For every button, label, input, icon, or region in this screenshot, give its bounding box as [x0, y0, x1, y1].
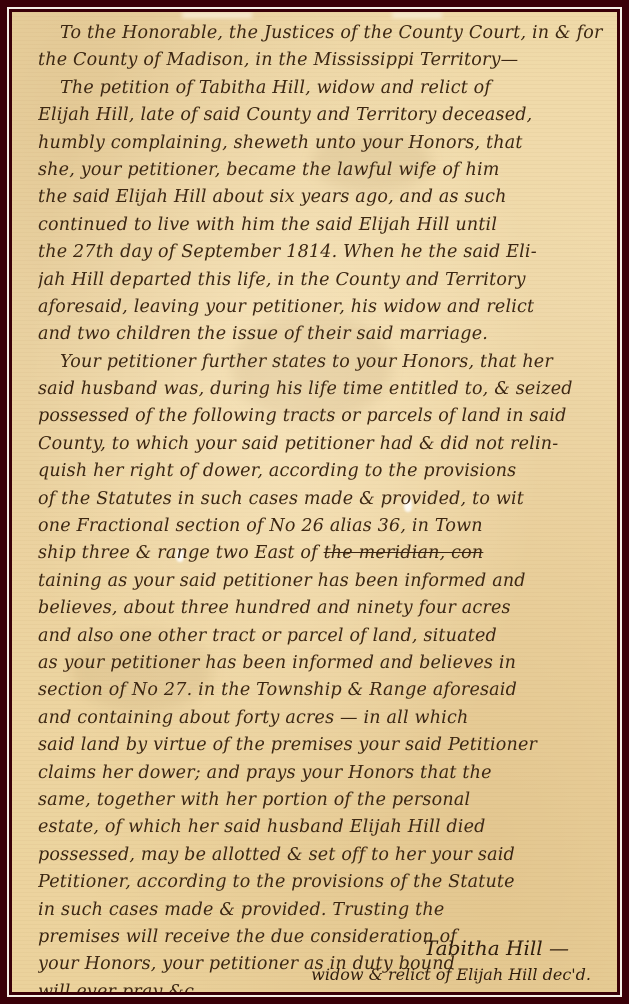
- handwritten-line: the 27th day of September 1814. When he …: [38, 239, 609, 266]
- handwritten-line: and two children the issue of their said…: [38, 321, 609, 348]
- paper-tear: [182, 12, 252, 18]
- signature-name: Tabitha Hill —: [311, 934, 591, 962]
- signature-block: Tabitha Hill — widow & relict of Elijah …: [311, 934, 591, 988]
- line-text: jah Hill departed this life, in the Coun…: [38, 270, 526, 290]
- line-text: and also one other tract or parcel of la…: [38, 626, 497, 646]
- signature-title: widow & relict of Elijah Hill dec'd.: [311, 962, 591, 988]
- line-text: ship three & range two East of: [38, 543, 318, 563]
- line-text: and containing about forty acres — in al…: [38, 708, 468, 728]
- line-text: possessed of the following tracts or par…: [38, 406, 567, 426]
- handwritten-line: estate, of which her said husband Elijah…: [38, 814, 609, 841]
- line-text: the County of Madison, in the Mississipp…: [38, 50, 518, 70]
- line-text: Your petitioner further states to your H…: [60, 352, 553, 372]
- line-text: the 27th day of September 1814. When he …: [38, 242, 537, 262]
- line-text: County, to which your said petitioner ha…: [38, 434, 558, 454]
- line-text: same, together with her portion of the p…: [38, 790, 470, 810]
- handwritten-line: in such cases made & provided. Trusting …: [38, 897, 609, 924]
- line-text: claims her dower; and prays your Honors …: [38, 763, 492, 783]
- line-text: said husband was, during his life time e…: [38, 379, 573, 399]
- handwritten-line: taining as your said petitioner has been…: [38, 568, 609, 595]
- line-text: section of No 27. in the Township & Rang…: [38, 680, 517, 700]
- handwritten-line: and containing about forty acres — in al…: [38, 705, 609, 732]
- handwritten-line: one Fractional section of No 26 alias 36…: [38, 513, 609, 540]
- handwritten-line: possessed of the following tracts or par…: [38, 403, 609, 430]
- handwritten-line: claims her dower; and prays your Honors …: [38, 760, 609, 787]
- handwritten-line: Petitioner, according to the provisions …: [38, 869, 609, 896]
- line-text: To the Honorable, the Justices of the Co…: [60, 23, 603, 43]
- handwritten-line: humbly complaining, sheweth unto your Ho…: [38, 130, 609, 157]
- line-text: continued to live with him the said Elij…: [38, 215, 497, 235]
- line-text: as your petitioner has been informed and…: [38, 653, 516, 673]
- handwritten-line: County, to which your said petitioner ha…: [38, 431, 609, 458]
- line-text: The petition of Tabitha Hill, widow and …: [60, 78, 491, 98]
- handwritten-line: same, together with her portion of the p…: [38, 787, 609, 814]
- handwritten-line: the County of Madison, in the Mississipp…: [38, 47, 609, 74]
- handwritten-line: To the Honorable, the Justices of the Co…: [38, 20, 609, 47]
- handwritten-line: she, your petitioner, became the lawful …: [38, 157, 609, 184]
- handwritten-line: Elijah Hill, late of said County and Ter…: [38, 102, 609, 129]
- handwritten-line: said land by virtue of the premises your…: [38, 732, 609, 759]
- handwritten-line: Your petitioner further states to your H…: [38, 349, 609, 376]
- line-text: estate, of which her said husband Elijah…: [38, 817, 486, 837]
- handwritten-line: aforesaid, leaving your petitioner, his …: [38, 294, 609, 321]
- line-text: taining as your said petitioner has been…: [38, 571, 526, 591]
- handwritten-line: possessed, may be allotted & set off to …: [38, 842, 609, 869]
- document-frame: To the Honorable, the Justices of the Co…: [7, 7, 622, 997]
- line-text: humbly complaining, sheweth unto your Ho…: [38, 133, 523, 153]
- handwritten-line: continued to live with him the said Elij…: [38, 212, 609, 239]
- handwritten-line: and also one other tract or parcel of la…: [38, 623, 609, 650]
- line-text: Elijah Hill, late of said County and Ter…: [38, 105, 532, 125]
- line-text: the said Elijah Hill about six years ago…: [38, 187, 507, 207]
- line-text: one Fractional section of No 26 alias 36…: [38, 516, 483, 536]
- handwritten-line: as your petitioner has been informed and…: [38, 650, 609, 677]
- struck-through-text: the meridian, con: [324, 543, 484, 563]
- petition-body: To the Honorable, the Justices of the Co…: [38, 20, 609, 992]
- handwritten-line: ship three & range two East of the merid…: [38, 540, 609, 567]
- line-text: of the Statutes in such cases made & pro…: [38, 489, 524, 509]
- paper-sheet: To the Honorable, the Justices of the Co…: [12, 12, 617, 992]
- handwritten-line: section of No 27. in the Township & Rang…: [38, 677, 609, 704]
- line-text: quish her right of dower, according to t…: [38, 461, 516, 481]
- line-text: believes, about three hundred and ninety…: [38, 598, 511, 618]
- paper-tear: [392, 12, 442, 18]
- line-text: in such cases made & provided. Trusting …: [38, 900, 444, 920]
- handwritten-line: jah Hill departed this life, in the Coun…: [38, 267, 609, 294]
- line-text: possessed, may be allotted & set off to …: [38, 845, 515, 865]
- line-text: said land by virtue of the premises your…: [38, 735, 537, 755]
- line-text: and two children the issue of their said…: [38, 324, 488, 344]
- handwritten-line: believes, about three hundred and ninety…: [38, 595, 609, 622]
- handwritten-line: said husband was, during his life time e…: [38, 376, 609, 403]
- handwritten-line: quish her right of dower, according to t…: [38, 458, 609, 485]
- line-text: she, your petitioner, became the lawful …: [38, 160, 500, 180]
- handwritten-line: of the Statutes in such cases made & pro…: [38, 486, 609, 513]
- line-text: Petitioner, according to the provisions …: [38, 872, 515, 892]
- handwritten-line: The petition of Tabitha Hill, widow and …: [38, 75, 609, 102]
- line-text: aforesaid, leaving your petitioner, his …: [38, 297, 534, 317]
- line-text: will ever pray &c: [38, 982, 194, 992]
- handwritten-line: the said Elijah Hill about six years ago…: [38, 184, 609, 211]
